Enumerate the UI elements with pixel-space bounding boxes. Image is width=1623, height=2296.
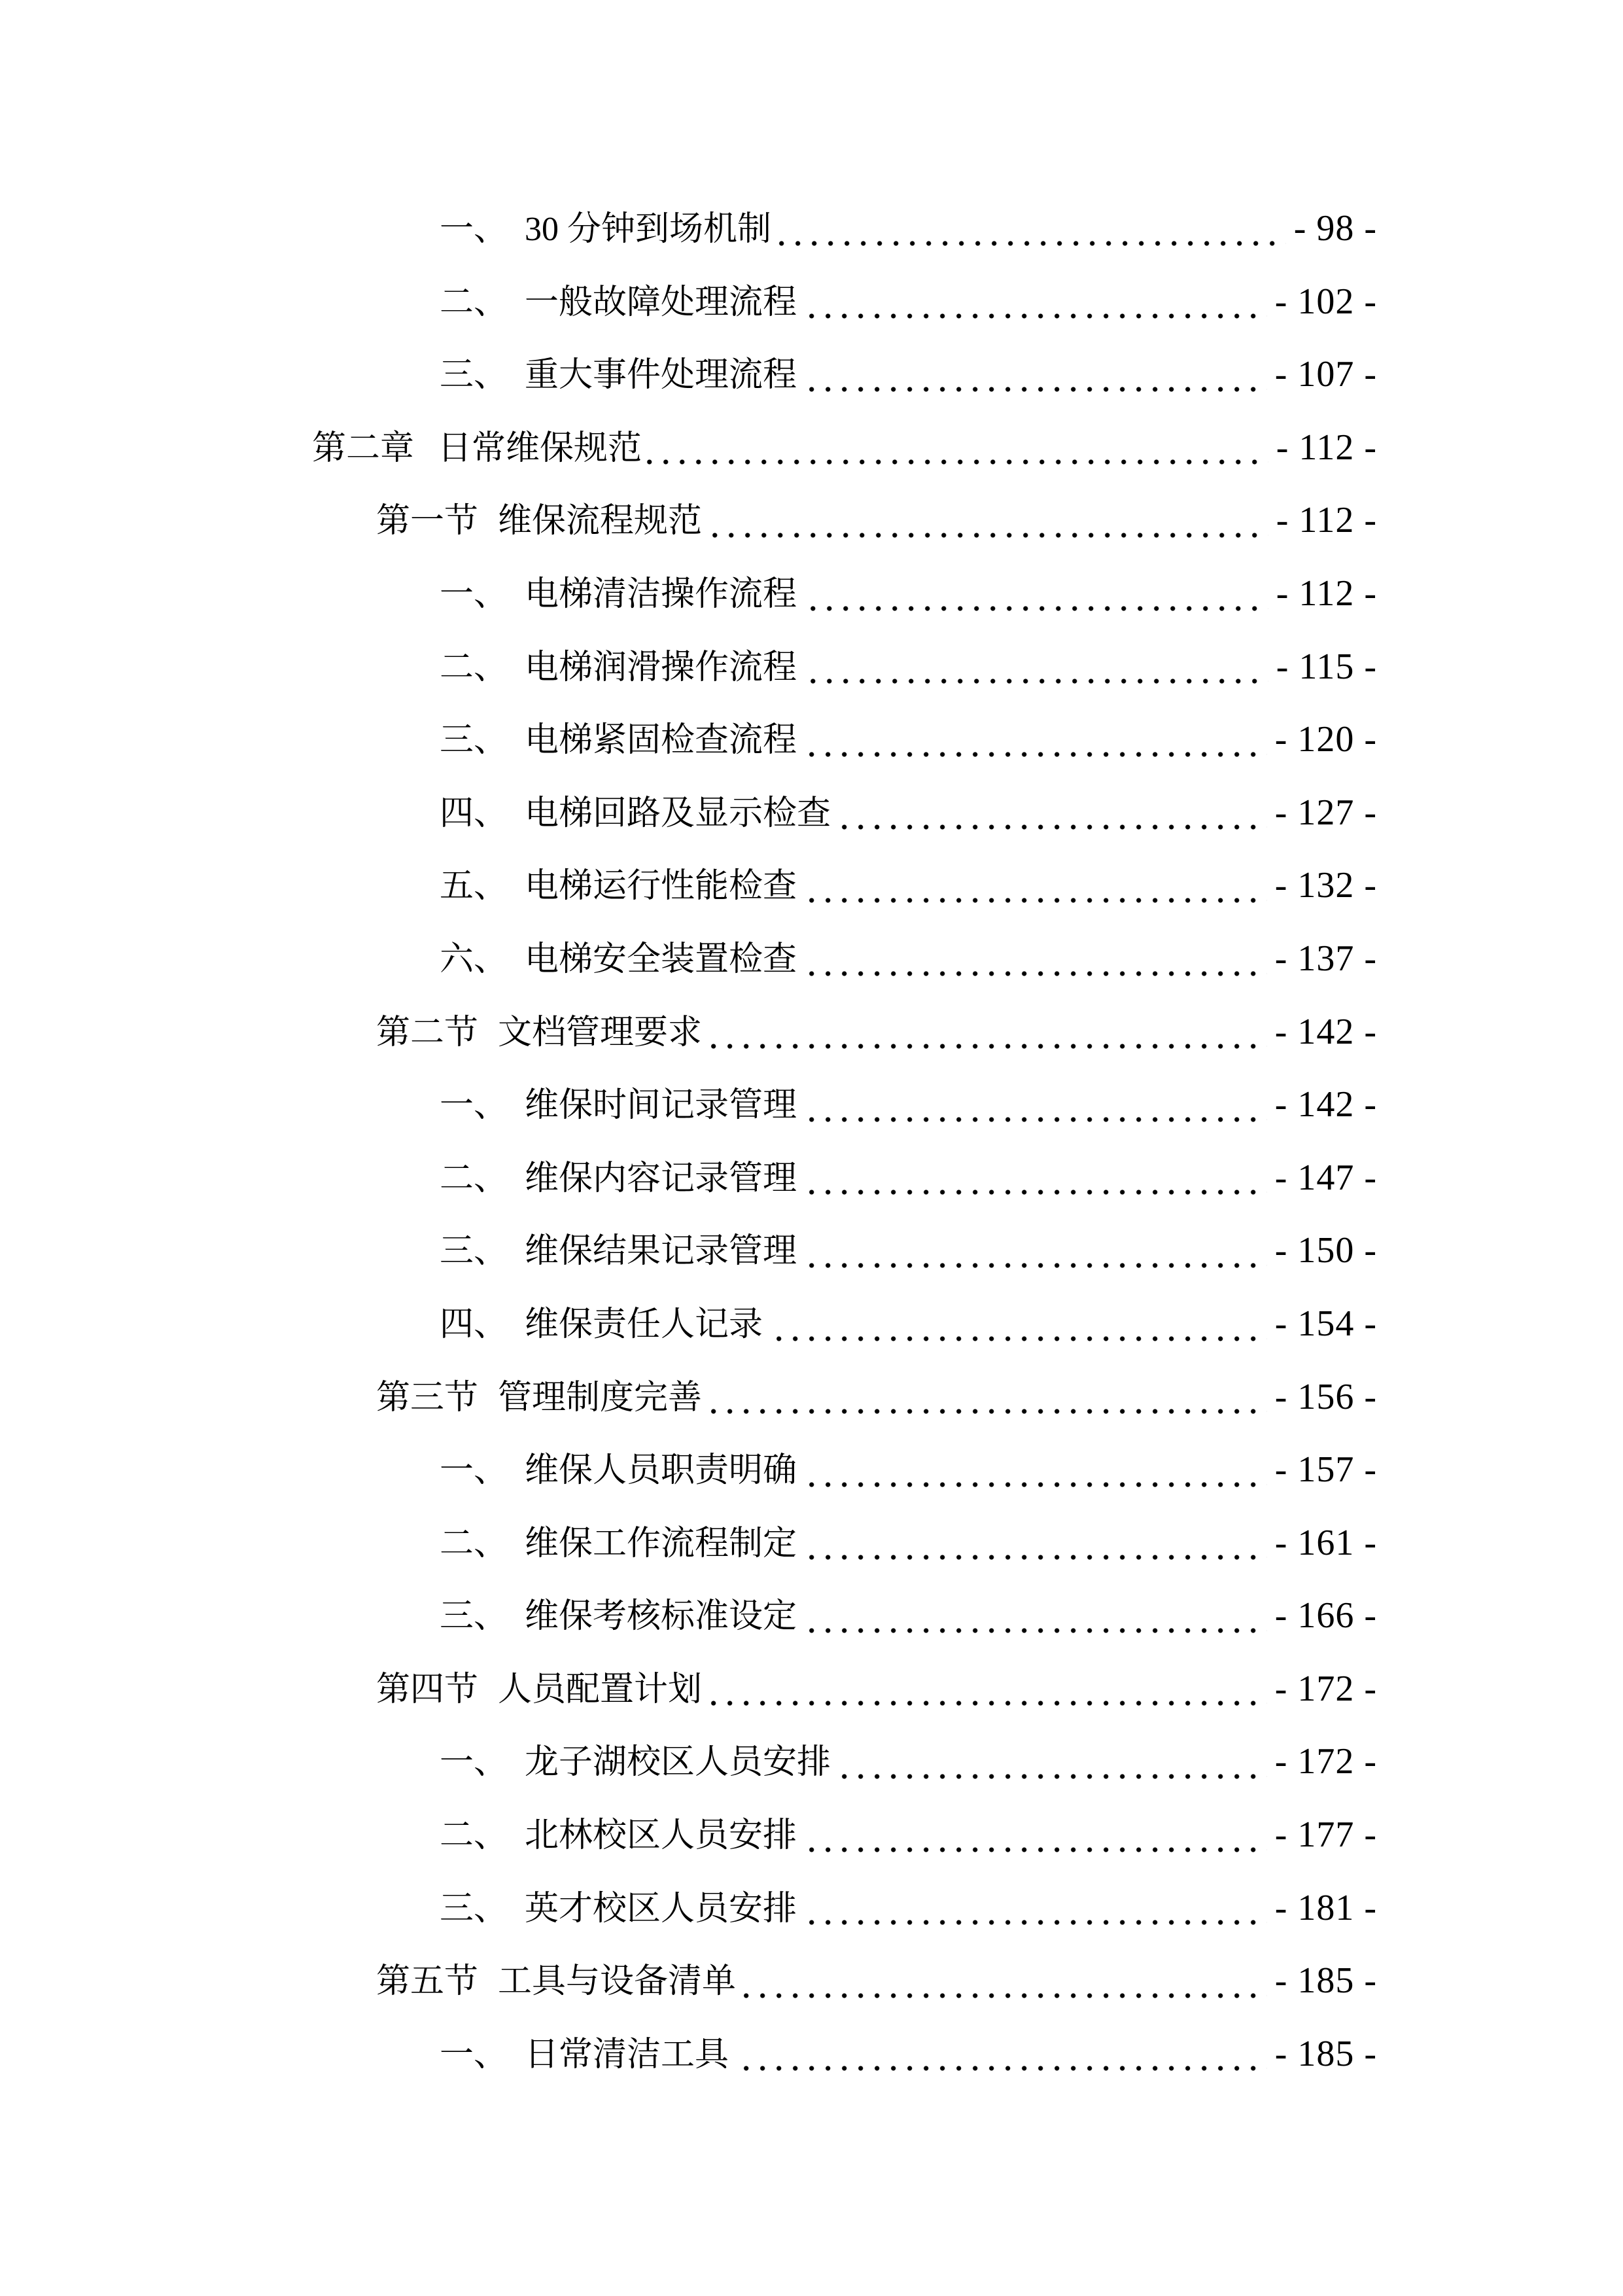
dot-leader (775, 241, 1286, 246)
toc-entry: 六、 电梯安全装置检查 - 137 - (312, 923, 1377, 996)
toc-entry-label: 二、 (440, 1142, 508, 1216)
dot-leader (801, 313, 1267, 319)
dot-leader (706, 1044, 1267, 1049)
toc-entry-title: 日常清洁工具 (525, 2019, 729, 2092)
toc-entry: 第二节 文档管理要求 - 142 - (312, 996, 1377, 1069)
toc-entry-page: - 185 - (1275, 2018, 1377, 2091)
toc-entry-title: 工具与设备清单 (498, 1945, 736, 2019)
toc-entry: 第三节 管理制度完善 - 156 - (312, 1361, 1377, 1434)
toc-entry-title: 电梯润滑操作流程 (525, 631, 797, 705)
toc-entry: 三、 维保结果记录管理 - 150 - (312, 1214, 1377, 1288)
toc-entry: 三、 电梯紧固检查流程 - 120 - (312, 703, 1377, 777)
toc-entry-label: 五、 (440, 850, 508, 923)
toc-entry-label: 二、 (440, 1799, 508, 1873)
toc-entry-title: 维保考核标准设定 (525, 1580, 797, 1653)
toc-entry-title: 重大事件处理流程 (525, 339, 797, 412)
toc-entry-label: 三、 (440, 339, 508, 412)
dot-leader (801, 1628, 1267, 1633)
toc-entry-title: 电梯运行性能检查 (525, 850, 797, 923)
toc-entry-label: 第二节 (376, 997, 478, 1070)
dot-leader (767, 1336, 1267, 1341)
toc-entry-title: 维保内容记录管理 (525, 1142, 797, 1216)
toc-entry-label: 第四节 (376, 1653, 478, 1727)
toc-entry: 一、 龙子湖校区人员安排 - 172 - (312, 1725, 1377, 1799)
toc-entry: 三、 英才校区人员安排 - 181 - (312, 1872, 1377, 1945)
toc-entry-title: 维保工作流程制定 (525, 1508, 797, 1581)
toc-entry-page: - 112 - (1276, 412, 1377, 485)
toc-entry-page: - 147 - (1275, 1142, 1377, 1215)
toc-entry-title: 维保人员职责明确 (525, 1434, 797, 1508)
toc-entry-page: - 150 - (1275, 1214, 1377, 1288)
dot-leader (801, 752, 1267, 757)
toc-entry-label: 一、 (440, 1434, 508, 1508)
toc-entry-title: 电梯紧固检查流程 (525, 704, 797, 777)
toc-entry: 一、 维保人员职责明确 - 157 - (312, 1434, 1377, 1507)
toc-entry-page: - 177 - (1275, 1799, 1377, 1872)
dot-leader (801, 1920, 1267, 1925)
toc-entry-page: - 112 - (1276, 484, 1377, 557)
toc-entry-page: - 166 - (1275, 1580, 1377, 1653)
toc-entry-page: - 172 - (1275, 1725, 1377, 1799)
dot-leader (801, 679, 1268, 684)
dot-leader (706, 1701, 1267, 1706)
toc-entry-title: 维保结果记录管理 (525, 1215, 797, 1288)
toc-entry: 三、 重大事件处理流程 - 107 - (312, 338, 1377, 412)
toc-entry-label: 二、 (440, 1508, 508, 1581)
toc-entry: 四、 电梯回路及显示检查 - 127 - (312, 777, 1377, 850)
toc-entry: 五、 电梯运行性能检查 - 132 - (312, 849, 1377, 923)
toc-entry-page: - 115 - (1276, 631, 1377, 704)
toc-entry: 一、 维保时间记录管理 - 142 - (312, 1069, 1377, 1142)
toc-entry: 三、 维保考核标准设定 - 166 - (312, 1580, 1377, 1653)
toc-entry-page: - 142 - (1275, 1069, 1377, 1142)
toc-entry: 二、 维保工作流程制定 - 161 - (312, 1507, 1377, 1580)
toc-entry: 第五节 工具与设备清单 - 185 - (312, 1945, 1377, 2018)
toc-entry-page: - 157 - (1275, 1434, 1377, 1507)
toc-entry: 二、 电梯润滑操作流程 - 115 - (312, 631, 1377, 704)
toc-entry-title: 30 分钟到场机制 (525, 193, 771, 266)
toc-entry-title: 维保责任人记录 (525, 1288, 763, 1362)
dot-leader (801, 1847, 1267, 1852)
toc-entry-page: - 172 - (1275, 1653, 1377, 1726)
toc-entry-page: - 112 - (1276, 557, 1377, 631)
toc-entry-title: 电梯回路及显示检查 (525, 777, 831, 851)
toc-entry-page: - 156 - (1275, 1361, 1377, 1434)
dot-leader (706, 1409, 1267, 1414)
toc-entry-label: 三、 (440, 704, 508, 777)
toc-entry-title: 文档管理要求 (498, 997, 702, 1070)
toc-entry-label: 一、 (440, 2019, 508, 2092)
toc-entry: 二、 一般故障处理流程 - 102 - (312, 266, 1377, 339)
toc-entry-label: 一、 (440, 1726, 508, 1799)
dot-leader (835, 824, 1267, 830)
toc-entry-page: - 142 - (1275, 996, 1377, 1069)
toc-entry-label: 第三节 (376, 1362, 478, 1435)
toc-entry-page: - 154 - (1275, 1288, 1377, 1361)
toc-entry-title: 电梯清洁操作流程 (525, 558, 797, 631)
toc-entry-label: 一、 (440, 1069, 508, 1142)
dot-leader (801, 1555, 1267, 1560)
toc-entry: 第一节 维保流程规范 - 112 - (312, 484, 1377, 557)
dot-leader (740, 1993, 1267, 1998)
toc-entry: 二、 维保内容记录管理 - 147 - (312, 1142, 1377, 1215)
toc-entry-page: - 127 - (1275, 777, 1377, 850)
toc-entry-page: - 107 - (1275, 338, 1377, 412)
dot-leader (801, 1263, 1267, 1268)
toc-entry-page: - 102 - (1275, 266, 1377, 339)
dot-leader (733, 2066, 1267, 2071)
toc-entry: 四、 维保责任人记录 - 154 - (312, 1288, 1377, 1361)
toc-entry-page: - 181 - (1275, 1872, 1377, 1945)
toc-entry-label: 一、 (440, 193, 508, 266)
toc-entry-label: 第一节 (376, 485, 478, 558)
toc-entry-label: 二、 (440, 631, 508, 705)
toc-list: 一、 30 分钟到场机制 - 98 - 二、 一般故障处理流程 - 102 - … (312, 192, 1377, 2091)
toc-entry-title: 一般故障处理流程 (525, 266, 797, 340)
toc-entry-page: - 137 - (1275, 923, 1377, 996)
toc-entry-title: 维保时间记录管理 (525, 1069, 797, 1142)
toc-entry-label: 四、 (440, 1288, 508, 1362)
toc-entry-page: - 132 - (1275, 849, 1377, 923)
dot-leader (801, 387, 1267, 392)
toc-entry-page: - 185 - (1275, 1945, 1377, 2018)
toc-entry-title: 维保流程规范 (498, 485, 702, 558)
dot-leader (801, 1482, 1267, 1487)
toc-entry-label: 三、 (440, 1580, 508, 1653)
toc-entry: 一、 30 分钟到场机制 - 98 - (312, 192, 1377, 266)
dot-leader (646, 459, 1268, 465)
toc-entry-label: 三、 (440, 1873, 508, 1946)
toc-entry-label: 第五节 (376, 1945, 478, 2019)
toc-entry-label: 二、 (440, 266, 508, 340)
toc-entry-page: - 98 - (1294, 192, 1377, 266)
toc-entry-title: 电梯安全装置检查 (525, 923, 797, 997)
toc-entry-title: 日常维保规范 (438, 412, 642, 486)
toc-entry-label: 一、 (440, 558, 508, 631)
toc-entry-label: 第二章 (312, 412, 414, 486)
toc-entry-title: 管理制度完善 (498, 1362, 702, 1435)
toc-entry-page: - 161 - (1275, 1507, 1377, 1580)
toc-entry: 第二章 日常维保规范 - 112 - (312, 412, 1377, 485)
dot-leader (835, 1774, 1267, 1779)
toc-entry-label: 四、 (440, 777, 508, 851)
document-page: 一、 30 分钟到场机制 - 98 - 二、 一般故障处理流程 - 102 - … (0, 0, 1623, 2296)
toc-entry: 二、 北林校区人员安排 - 177 - (312, 1799, 1377, 1872)
dot-leader (801, 1117, 1267, 1122)
toc-entry-title: 北林校区人员安排 (525, 1799, 797, 1873)
dot-leader (706, 533, 1268, 538)
toc-entry: 一、 日常清洁工具 - 185 - (312, 2018, 1377, 2091)
toc-entry-label: 三、 (440, 1215, 508, 1288)
dot-leader (801, 971, 1267, 976)
dot-leader (801, 606, 1268, 611)
toc-entry: 第四节 人员配置计划 - 172 - (312, 1653, 1377, 1726)
toc-entry-title: 英才校区人员安排 (525, 1873, 797, 1946)
toc-entry-page: - 120 - (1275, 703, 1377, 777)
toc-entry: 一、 电梯清洁操作流程 - 112 - (312, 557, 1377, 631)
toc-entry-title: 龙子湖校区人员安排 (525, 1726, 831, 1799)
toc-entry-title: 人员配置计划 (498, 1653, 702, 1727)
dot-leader (801, 1190, 1267, 1195)
toc-entry-label: 六、 (440, 923, 508, 997)
dot-leader (801, 898, 1267, 903)
